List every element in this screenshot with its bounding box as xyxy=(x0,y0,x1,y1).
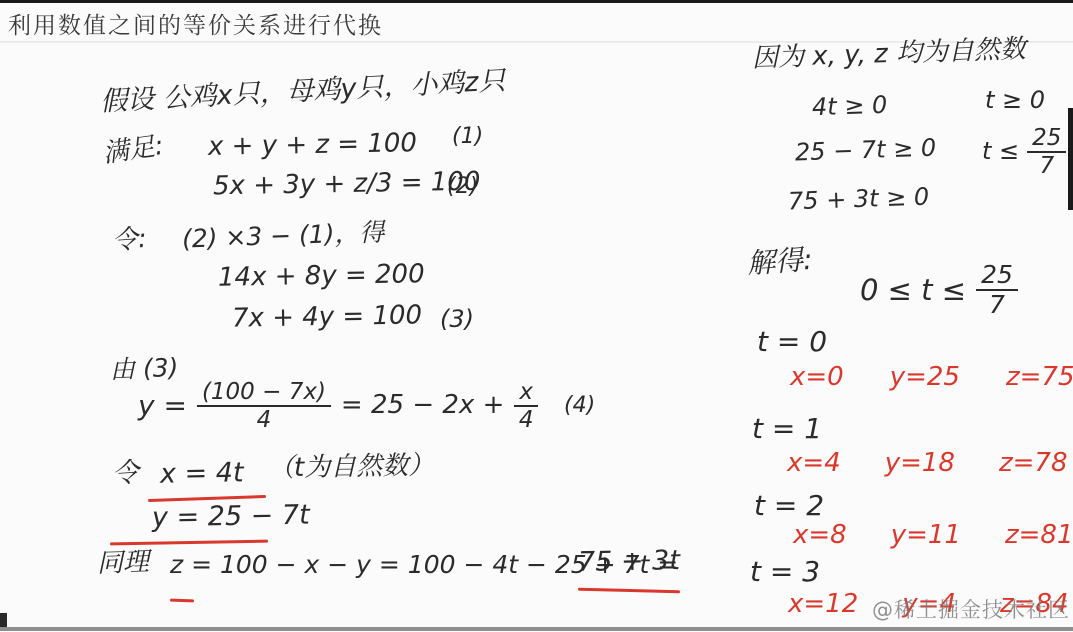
equation-4-number: (4) xyxy=(564,393,595,418)
right-frame-line xyxy=(1068,108,1073,210)
condition-3: 75 + 3t ≥ 0 xyxy=(788,184,930,217)
equation-2-number: (2) xyxy=(447,174,478,199)
case-t0-z: z=75 xyxy=(1006,363,1073,393)
top-border-line xyxy=(0,0,1073,3)
case-t2-label: t = 2 xyxy=(754,490,824,522)
fraction-25-over-7-a: 25 7 xyxy=(1027,126,1066,178)
solution-range-pre: 0 ≤ t ≤ xyxy=(860,274,966,307)
equation-z-result: 75 + 3t xyxy=(578,545,680,578)
fraction-25-over-7-b: 25 7 xyxy=(976,262,1018,319)
equation-combined: 14x + 8y = 200 xyxy=(218,260,425,293)
fraction-100-7x-over-4: (100 − 7x) 4 xyxy=(197,380,331,432)
condition-2-result-pre: t ≤ xyxy=(982,138,1019,166)
case-t0-label: t = 0 xyxy=(757,326,827,358)
case-t2-x: x=8 xyxy=(793,521,847,551)
equation-3-number: (3) xyxy=(440,306,474,334)
case-t1-z: z=78 xyxy=(999,449,1068,479)
case-t2-values: x=8 y=11 z=81 xyxy=(793,521,1073,551)
case-t3-label: t = 3 xyxy=(750,556,820,588)
case-t2-z: z=81 xyxy=(1005,521,1073,551)
similarly-label: 同理 xyxy=(96,548,149,580)
condition-2-result: t ≤ 25 7 xyxy=(982,126,1066,178)
equation-4: y = (100 − 7x) 4 = 25 − 2x + x 4 (4) xyxy=(138,380,595,432)
operation-line: (2) ×3 − (1)，得 xyxy=(182,218,385,254)
case-t0-x: x=0 xyxy=(790,363,844,393)
let-label: 令: xyxy=(111,225,148,257)
solution-range: 0 ≤ t ≤ 25 7 xyxy=(860,262,1018,319)
bottom-border-line xyxy=(0,627,1073,631)
condition-1: 4t ≥ 0 xyxy=(812,92,888,122)
fraction-x-over-4: x 4 xyxy=(514,380,538,432)
equation-3: 7x + 4y = 100 xyxy=(232,301,423,334)
substitute-label: 令 xyxy=(111,457,140,490)
satisfy-label: 满足: xyxy=(101,132,165,170)
substitution-x: x = 4t xyxy=(160,457,244,489)
assumption-line: 假设 公鸡x只，母鸡y只，小鸡z只 xyxy=(99,65,506,117)
equation-1-number: (1) xyxy=(452,124,483,149)
equation-4-lhs: y = xyxy=(138,390,187,422)
substitution-y: y = 25 − 7t xyxy=(152,500,310,534)
substitution-note: （t为自然数） xyxy=(268,452,435,485)
whiteboard: 利用数值之间的等价关系进行代换 假设 公鸡x只，母鸡y只，小鸡z只 满足: x … xyxy=(0,0,1073,632)
case-t1-values: x=4 y=18 z=78 xyxy=(787,449,1068,479)
case-t1-label: t = 1 xyxy=(752,413,822,445)
page-title: 利用数值之间的等价关系进行代换 xyxy=(8,7,383,40)
case-t1-x: x=4 xyxy=(787,449,841,479)
solve-label: 解得: xyxy=(746,244,814,281)
equation-1: x + y + z = 100 xyxy=(208,129,417,163)
condition-1-result: t ≥ 0 xyxy=(985,87,1045,115)
red-underline-y25-7t xyxy=(110,540,268,546)
watermark: @稀土掘金技术社区 xyxy=(872,594,1070,624)
red-underline-75-3t xyxy=(578,588,680,594)
equation-2: 5x + 3y + z/3 = 100 xyxy=(213,168,481,203)
case-t0-y: y=25 xyxy=(890,363,960,393)
case-t3-x: x=12 xyxy=(788,590,858,620)
case-t1-y: y=18 xyxy=(885,449,955,479)
red-underline-z xyxy=(170,599,194,603)
condition-2: 25 − 7t ≥ 0 xyxy=(795,135,937,168)
equation-4-mid: = 25 − 2x + xyxy=(341,391,504,421)
case-t2-y: y=11 xyxy=(891,521,961,551)
case-t0-values: x=0 y=25 z=75 xyxy=(790,363,1073,393)
